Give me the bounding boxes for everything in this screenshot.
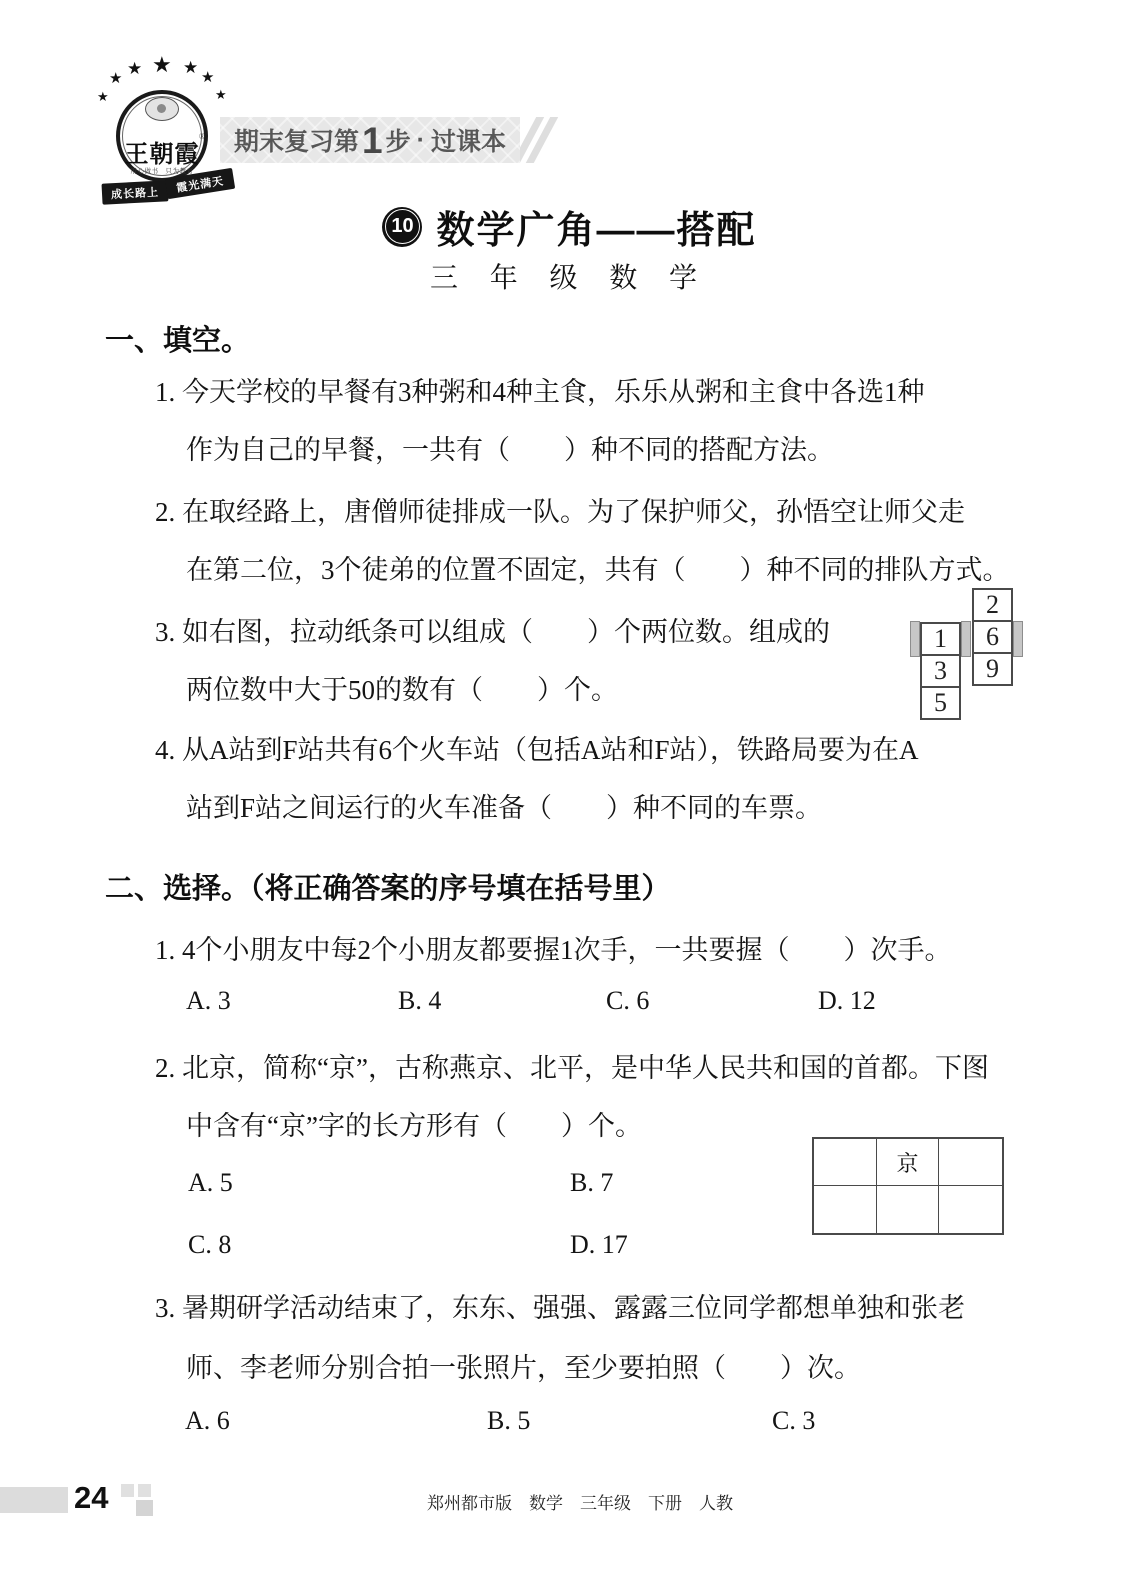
choice-q2-option-d: D. 17	[570, 1230, 628, 1260]
registered-mark: ®	[199, 132, 205, 141]
choice-q2-option-b: B. 7	[570, 1168, 613, 1198]
logo-portrait-icon	[145, 97, 179, 121]
choice-q3-line1: 3. 暑期研学活动结束了，东东、强强、露露三位同学都想单独和张老	[155, 1286, 965, 1325]
header-banner: 期末复习第1步·过课本	[220, 117, 520, 163]
fill-q2-line1: 2. 在取经路上，唐僧师徒排成一队。为了保护师父，孙悟空让师父走	[155, 490, 965, 529]
paper-strip-right: 2 6 9	[972, 588, 1013, 686]
grid-cell	[814, 1139, 877, 1186]
strip-cell: 2	[972, 588, 1013, 622]
banner-dot: ·	[411, 126, 431, 155]
fill-q1-line2: 作为自己的早餐，一共有（ ）种不同的搭配方法。	[186, 428, 834, 467]
grid-cell-jing: 京	[877, 1139, 940, 1186]
slider-tab	[1013, 621, 1023, 657]
paper-strip-slider-diagram: 1 3 5 2 6 9	[910, 584, 1024, 730]
choice-q3-line2: 师、李老师分别合拍一张照片，至少要拍照（ ）次。	[186, 1346, 861, 1385]
section-2-heading: 二、选择。（将正确答案的序号填在括号里）	[105, 866, 671, 907]
fill-q4-line1: 4. 从A站到F站共有6个火车站（包括A站和F站），铁路局要为在A	[155, 728, 919, 767]
choice-q2-line2: 中含有“京”字的长方形有（ ）个。	[186, 1104, 642, 1143]
jing-grid-diagram: 京	[812, 1137, 1004, 1235]
choice-q1-option-b: B. 4	[398, 986, 441, 1016]
choice-q3-option-c: C. 3	[772, 1406, 815, 1436]
grid-cell	[814, 1186, 877, 1233]
fill-q3-line2: 两位数中大于50的数有（ ）个。	[186, 668, 618, 707]
footer-bar	[0, 1487, 68, 1513]
choice-q2-option-a: A. 5	[188, 1168, 233, 1198]
logo-ribbon-left: 成长路上	[101, 180, 168, 204]
logo-brand-name: 王朝霞	[116, 134, 208, 169]
slider-tab	[910, 621, 920, 657]
slider-tab	[961, 621, 971, 657]
strip-cell: 5	[920, 686, 961, 720]
star-icon: ★	[215, 88, 227, 101]
footer-deco-square	[136, 1500, 153, 1516]
choice-q1-option-d: D. 12	[818, 986, 876, 1016]
strip-cell: 9	[972, 652, 1013, 686]
choice-q3-option-b: B. 5	[487, 1406, 530, 1436]
star-icon: ★	[97, 90, 109, 103]
star-icon: ★	[183, 59, 198, 76]
publisher-logo: ★ ★ ★ ★ ★ ★ ★ 王朝霞 ® 用心做书 只为教育 成长路上 霞光满天	[98, 58, 238, 210]
footer-deco-square	[121, 1484, 134, 1497]
star-icon: ★	[109, 72, 122, 87]
choice-q3-option-a: A. 6	[185, 1406, 230, 1436]
strip-cell: 1	[920, 622, 961, 656]
choice-q1-option-c: C. 6	[606, 986, 649, 1016]
section-1-heading: 一、填空。	[105, 318, 250, 359]
choice-q1-option-a: A. 3	[186, 986, 231, 1016]
choice-q1-line1: 1. 4个小朋友中每2个小朋友都要握1次手，一共要握（ ）次手。	[155, 928, 952, 967]
grid-cell	[877, 1186, 940, 1233]
choice-q2-option-c: C. 8	[188, 1230, 231, 1260]
banner-text-mid: 步	[386, 122, 411, 158]
strip-cell: 3	[920, 654, 961, 688]
grid-cell	[939, 1186, 1002, 1233]
star-icon: ★	[201, 71, 214, 86]
page-title: 数学广角——搭配	[436, 199, 756, 254]
footer-deco-square	[138, 1484, 151, 1497]
star-icon: ★	[152, 54, 172, 76]
fill-q3-line1: 3. 如右图，拉动纸条可以组成（ ）个两位数。组成的	[155, 610, 830, 649]
lesson-number-badge: 10	[382, 207, 422, 247]
fill-q4-line2: 站到F站之间运行的火车准备（ ）种不同的车票。	[186, 786, 822, 825]
star-icon: ★	[127, 60, 142, 77]
grid-cell	[939, 1139, 1002, 1186]
grade-subtitle: 三 年 级 数 学	[0, 256, 1139, 296]
paper-strip-left: 1 3 5	[920, 622, 961, 720]
strip-cell: 6	[972, 620, 1013, 654]
footer-page-number: 24	[74, 1480, 108, 1516]
banner-text-tail: 过课本	[431, 122, 506, 158]
footer-imprint: 郑州都市版 数学 三年级 下册 人教	[330, 1489, 830, 1514]
fill-q1-line1: 1. 今天学校的早餐有3种粥和4种主食，乐乐从粥和主食中各选1种	[155, 370, 925, 409]
fill-q2-line2: 在第二位，3个徒弟的位置不固定，共有（ ）种不同的排队方式。	[186, 548, 1010, 587]
choice-q2-line1: 2. 北京，简称“京”，古称燕京、北平，是中华人民共和国的首都。下图	[155, 1046, 989, 1085]
banner-text-prefix: 期末复习第	[234, 122, 359, 158]
banner-step-number: 1	[359, 122, 386, 159]
